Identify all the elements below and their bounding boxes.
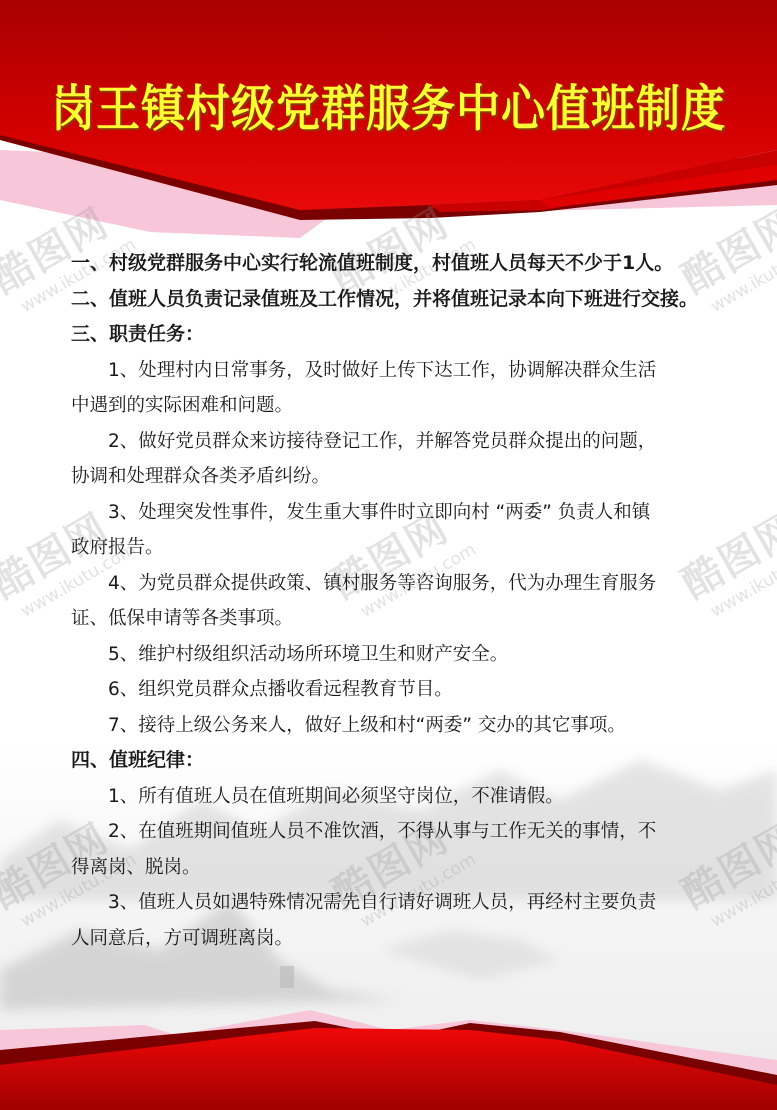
section-2: 二、值班人员负责记录值班及工作情况，并将值班记录本向下班进行交接。 [71,282,731,318]
discipline-item-3: 3、值班人员如遇特殊情况需先自行请好调班人员，再经村主要负责 [71,885,731,921]
regulation-body: 一、村级党群服务中心实行轮流值班制度，村值班人员每天不少于1人。 二、值班人员负… [71,246,731,956]
duty-item-3: 3、处理突发性事件，发生重大事件时立即向村 “两委” 负责人和镇 [71,495,731,531]
section-4-heading: 四、值班纪律： [71,743,731,779]
duty-item-5: 5、维护村级组织活动场所环境卫生和财产安全。 [71,637,731,673]
duty-item-6: 6、组织党员群众点播收看远程教育节目。 [71,672,731,708]
section-3-heading: 三、职责任务： [71,317,731,353]
duty-item-4: 4、为党员群众提供政策、镇村服务等咨询服务，代为办理生育服务 [71,566,731,602]
duty-item-2: 2、做好党员群众来访接待登记工作，并解答党员群众提出的问题， [71,424,731,460]
duty-item-2-cont: 协调和处理群众各类矛盾纠纷。 [71,459,731,495]
duty-item-7: 7、接待上级公务来人，做好上级和村“两委” 交办的其它事项。 [71,708,731,744]
duty-item-4-cont: 证、低保申请等各类事项。 [71,601,731,637]
discipline-item-2-cont: 得离岗、脱岗。 [71,850,731,886]
section-1: 一、村级党群服务中心实行轮流值班制度，村值班人员每天不少于1人。 [71,246,731,282]
discipline-item-3-cont: 人同意后，方可调班离岗。 [71,921,731,957]
page-title: 岗王镇村级党群服务中心值班制度 [0,68,777,140]
duty-item-1-cont: 中遇到的实际困难和问题。 [71,388,731,424]
discipline-item-2: 2、在值班期间值班人员不准饮酒，不得从事与工作无关的事情，不 [71,814,731,850]
duty-item-3-cont: 政府报告。 [71,530,731,566]
discipline-item-1: 1、所有值班人员在值班期间必须坚守岗位，不准请假。 [71,779,731,815]
duty-item-1: 1、处理村内日常事务，及时做好上传下达工作，协调解决群众生活 [71,353,731,389]
